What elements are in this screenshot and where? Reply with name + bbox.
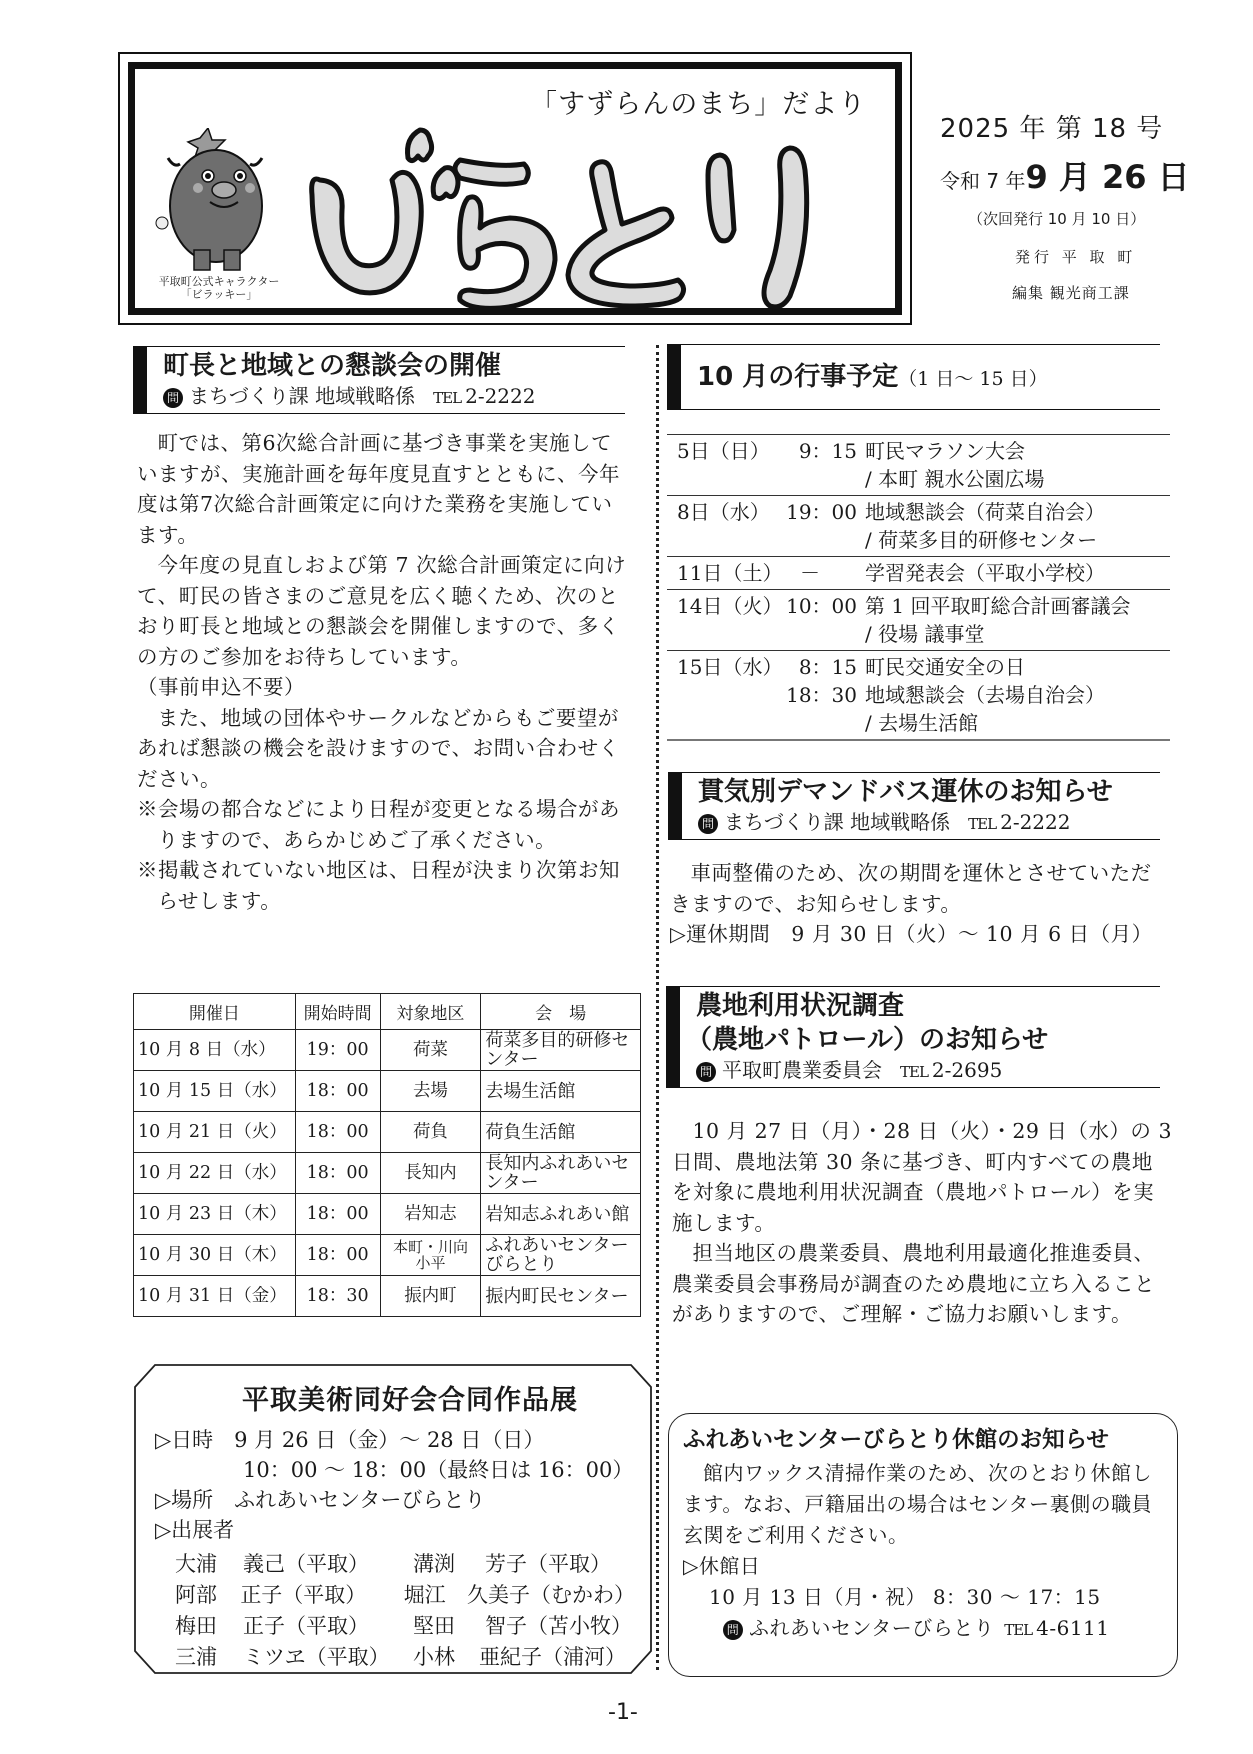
- meeting-title: 町長と地域との懇談会の開催: [163, 349, 625, 383]
- page-number: -1-: [608, 1700, 638, 1725]
- closure-notice-box: ふれあいセンターびらとり休館のお知らせ 館内ワックス清掃作業のため、次のとおり休…: [668, 1413, 1178, 1677]
- table-row: 10 月 23 日（木） 18：00 岩知志 岩知志ふれあい館: [134, 1194, 641, 1235]
- publisher: 発行 平 取 町: [1015, 246, 1136, 267]
- art-exhibition-section: 平取美術同好会合同作品展 ▷日時 9 月 26 日（金）～ 28 日（日） 10…: [155, 1378, 635, 1673]
- inquiry-icon: 問: [696, 1062, 716, 1082]
- exhibitor-list: 大浦義己（平取） 溝渕芳子（平取） 阿部正子（平取） 堀江久美子（むかわ） 梅田…: [155, 1549, 635, 1673]
- column-divider: [656, 345, 659, 1670]
- tel-label: TEL: [433, 389, 461, 407]
- bus-title: 貫気別デマンドバス運休のお知らせ: [698, 775, 1160, 809]
- table-header-row: 開催日 開始時間 対象地区 会 場: [134, 994, 641, 1030]
- event-row: 5日（日） 9：15町民マラソン大会 / 本町 親水公園広場: [667, 435, 1170, 496]
- event-row: 14日（火） 10：00第 1 回平取町総合計画審議会 / 役場 議事堂: [667, 590, 1170, 651]
- mascot-caption: 平取町公式キャラクター 「ビラッキー」: [144, 275, 294, 301]
- table-row: 10 月 21 日（火） 18：00 荷負 荷負生活館: [134, 1112, 641, 1153]
- closure-title: ふれあいセンターびらとり休館のお知らせ: [683, 1424, 1165, 1456]
- farm-title-line-1: 農地利用状況調査: [696, 989, 1160, 1023]
- events-list: 5日（日） 9：15町民マラソン大会 / 本町 親水公園広場 8日（水） 19：…: [667, 434, 1170, 741]
- tel-label: TEL: [900, 1063, 928, 1081]
- events-section-header: 10 月の行事予定（1 日～ 15 日）: [667, 344, 1160, 410]
- tel-label: TEL: [1004, 1621, 1032, 1639]
- farm-contact: 問平取町農業委員会TEL2-2695: [696, 1057, 1160, 1085]
- farm-section-header: 農地利用状況調査 （農地パトロール）のお知らせ 問平取町農業委員会TEL2-26…: [666, 986, 1160, 1088]
- table-row: 10 月 30 日（木） 18：00 本町・川向 小平 ふれあいセンターびらとり: [134, 1235, 641, 1276]
- issue-date: 令和 7 年9 月 26 日: [940, 152, 1190, 198]
- farm-body: 10 月 27 日（月）・28 日（火）・29 日（水）の 3 日間、農地法第 …: [672, 1116, 1172, 1330]
- masthead-subtitle: 「すずらんのまち」だより: [530, 82, 866, 121]
- tel-label: TEL: [968, 815, 996, 833]
- next-issue-date: （次回発行 10 月 10 日）: [968, 208, 1145, 229]
- table-row: 10 月 31 日（金） 18：30 振内町 振内町民センター: [134, 1276, 641, 1317]
- newsletter-logo: びらとり: [300, 120, 880, 310]
- events-title: 10 月の行事予定: [697, 362, 898, 392]
- table-row: 10 月 8 日（水） 19：00 荷菜 荷菜多目的研修センター: [134, 1030, 641, 1071]
- bus-body: 車両整備のため、次の期間を運休とさせていただきますので、お知らせします。 ▷運休…: [670, 858, 1170, 950]
- event-row: 11日（土） －学習発表会（平取小学校）: [667, 557, 1170, 590]
- meeting-schedule-table: 開催日 開始時間 対象地区 会 場 10 月 8 日（水） 19：00 荷菜 荷…: [133, 993, 641, 1317]
- inquiry-icon: 問: [163, 388, 183, 408]
- mascot-illustration: [150, 128, 280, 273]
- meeting-section-header: 町長と地域との懇談会の開催 問まちづくり課 地域戦略係TEL2-2222: [133, 346, 625, 414]
- art-exhibition-title: 平取美術同好会合同作品展: [155, 1378, 635, 1417]
- editor: 編集 観光商工課: [1012, 282, 1130, 303]
- table-row: 10 月 22 日（水） 18：00 長知内 長知内ふれあいセンター: [134, 1153, 641, 1194]
- event-row: 15日（水） 8：15町民交通安全の日 18：30地域懇談会（去場自治会） / …: [667, 651, 1170, 741]
- farm-title-line-2: （農地パトロール）のお知らせ: [686, 1023, 1160, 1057]
- closure-contact: 問ふれあいセンターびらとりTEL4-6111: [683, 1613, 1165, 1646]
- inquiry-icon: 問: [698, 814, 718, 834]
- events-range: （1 日～ 15 日）: [898, 368, 1047, 390]
- meeting-contact: 問まちづくり課 地域戦略係TEL2-2222: [163, 383, 625, 411]
- event-row: 8日（水） 19：00地域懇談会（荷菜自治会） / 荷菜多目的研修センター: [667, 496, 1170, 557]
- meeting-body: 町では、第6次総合計画に基づき事業を実施していますが、実施計画を毎年度見直すとと…: [137, 428, 633, 916]
- bus-contact: 問まちづくり課 地域戦略係TEL2-2222: [698, 809, 1160, 837]
- inquiry-icon: 問: [723, 1620, 743, 1640]
- bus-section-header: 貫気別デマンドバス運休のお知らせ 問まちづくり課 地域戦略係TEL2-2222: [668, 772, 1160, 840]
- table-row: 10 月 15 日（水） 18：00 去場 去場生活館: [134, 1071, 641, 1112]
- issue-number: 2025 年 第 18 号: [940, 108, 1163, 145]
